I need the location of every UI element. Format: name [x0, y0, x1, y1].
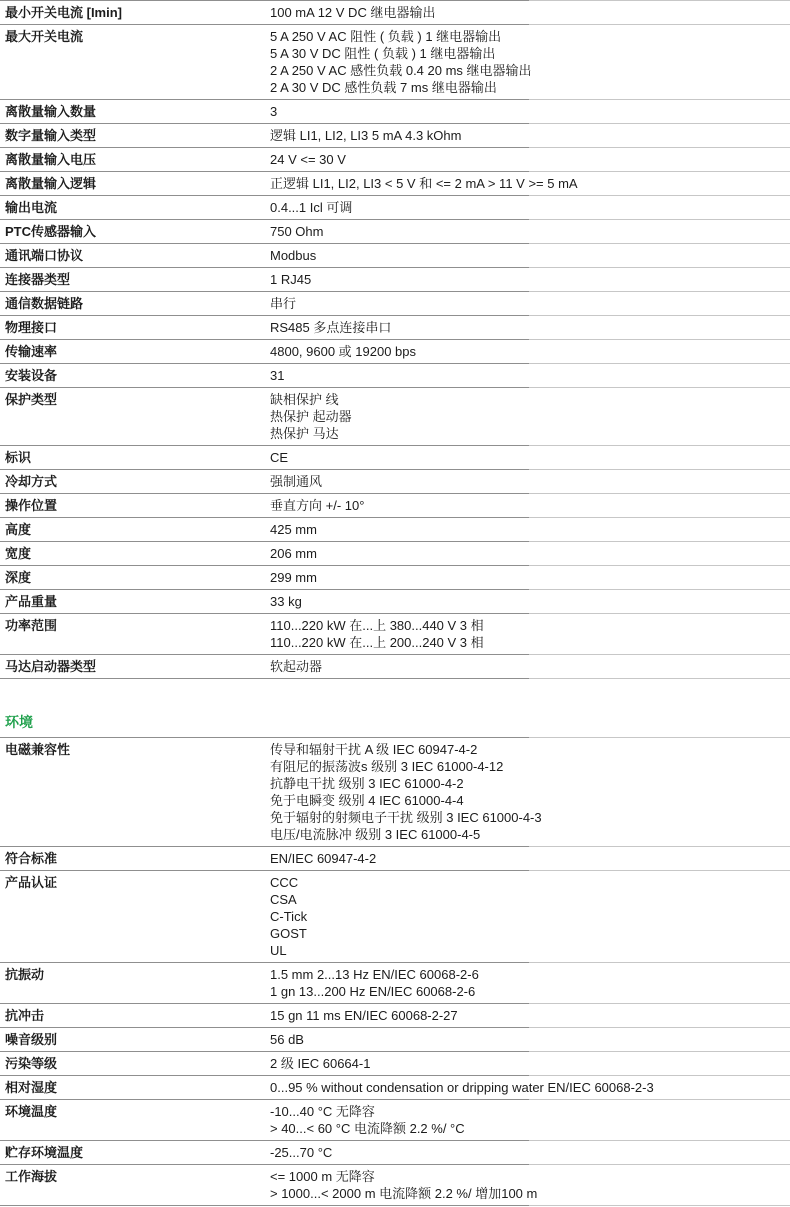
spec-value-line: 强制通风	[270, 473, 790, 490]
section-title-environment: 环境	[0, 712, 790, 737]
spec-value: Modbus	[270, 247, 790, 264]
spec-value: 正逻辑 LI1, LI2, LI3 < 5 V 和 <= 2 mA > 11 V…	[270, 175, 790, 192]
spec-label: 环境温度	[0, 1103, 270, 1120]
spec-label: 高度	[0, 521, 270, 538]
spec-value-line: 5 A 30 V DC 阻性 ( 负载 ) 1 继电器输出	[270, 45, 790, 62]
spec-label: 污染等级	[0, 1055, 270, 1072]
table-row: PTC传感器输入750 Ohm	[0, 220, 790, 243]
spec-value: 传导和辐射干扰 A 级 IEC 60947-4-2有阻尼的振荡波s 级别 3 I…	[270, 741, 790, 843]
table-row: 操作位置垂直方向 +/- 10°	[0, 494, 790, 517]
table-row: 产品重量33 kg	[0, 590, 790, 613]
table-row: 抗振动1.5 mm 2...13 Hz EN/IEC 60068-2-61 gn…	[0, 963, 790, 1003]
spec-value-line: 4800, 9600 或 19200 bps	[270, 343, 790, 360]
spec-value: 425 mm	[270, 521, 790, 538]
table-row: 功率范围110...220 kW 在...上 380...440 V 3 相11…	[0, 614, 790, 654]
spec-value-line: 1 RJ45	[270, 271, 790, 288]
spec-value-line: EN/IEC 60947-4-2	[270, 850, 790, 867]
table-row: 符合标准EN/IEC 60947-4-2	[0, 847, 790, 870]
spec-value-line: 热保护 马达	[270, 425, 790, 442]
spec-label: 离散量输入电压	[0, 151, 270, 168]
spec-value-line: 425 mm	[270, 521, 790, 538]
spec-value-line: 206 mm	[270, 545, 790, 562]
spec-value-line: 抗静电干扰 级别 3 IEC 61000-4-2	[270, 775, 790, 792]
spec-label: 产品认证	[0, 874, 270, 891]
spec-value-line: 33 kg	[270, 593, 790, 610]
spec-value-line: 2 级 IEC 60664-1	[270, 1055, 790, 1072]
spec-value-line: > 40...< 60 °C 电流降额 2.2 %/ °C	[270, 1120, 790, 1137]
table-row: 工作海拔<= 1000 m 无降容> 1000...< 2000 m 电流降额 …	[0, 1165, 790, 1205]
spec-value-line: RS485 多点连接串口	[270, 319, 790, 336]
spec-value-line: 免于辐射的射频电子干扰 级别 3 IEC 61000-4-3	[270, 809, 790, 826]
table-row: 宽度206 mm	[0, 542, 790, 565]
spec-value-line: 56 dB	[270, 1031, 790, 1048]
spec-value-line: 正逻辑 LI1, LI2, LI3 < 5 V 和 <= 2 mA > 11 V…	[270, 175, 790, 192]
table-row: 深度299 mm	[0, 566, 790, 589]
spec-label: 通讯端口协议	[0, 247, 270, 264]
spec-label: 保护类型	[0, 391, 270, 408]
spec-value-line: CCC	[270, 874, 790, 891]
spec-label: 通信数据链路	[0, 295, 270, 312]
spec-value: 100 mA 12 V DC 继电器输出	[270, 4, 790, 21]
spec-value: 4800, 9600 或 19200 bps	[270, 343, 790, 360]
spec-value-line: 软起动器	[270, 658, 790, 675]
spec-value: 56 dB	[270, 1031, 790, 1048]
spec-value-line: 传导和辐射干扰 A 级 IEC 60947-4-2	[270, 741, 790, 758]
spec-value: 3	[270, 103, 790, 120]
table-row: 输出电流0.4...1 Icl 可调	[0, 196, 790, 219]
table-row: 安装设备31	[0, 364, 790, 387]
spec-value-line: GOST	[270, 925, 790, 942]
spec-label: 离散量输入逻辑	[0, 175, 270, 192]
spec-value-line: > 1000...< 2000 m 电流降额 2.2 %/ 增加100 m	[270, 1185, 790, 1202]
spec-value-line: 电压/电流脉冲 级别 3 IEC 61000-4-5	[270, 826, 790, 843]
spec-value: 31	[270, 367, 790, 384]
row-divider	[0, 1205, 790, 1206]
spec-value: 5 A 250 V AC 阻性 ( 负载 ) 1 继电器输出5 A 30 V D…	[270, 28, 790, 96]
table-row: 环境温度-10...40 °C 无降容> 40...< 60 °C 电流降额 2…	[0, 1100, 790, 1140]
spec-label: 相对湿度	[0, 1079, 270, 1096]
spec-value-line: 热保护 起动器	[270, 408, 790, 425]
spec-label: 数字量输入类型	[0, 127, 270, 144]
spec-value-line: 有阻尼的振荡波s 级别 3 IEC 61000-4-12	[270, 758, 790, 775]
table-row: 贮存环境温度-25...70 °C	[0, 1141, 790, 1164]
spec-value: 750 Ohm	[270, 223, 790, 240]
table-row: 离散量输入电压24 V <= 30 V	[0, 148, 790, 171]
spec-value-line: Modbus	[270, 247, 790, 264]
spec-value: CE	[270, 449, 790, 466]
spec-value: 24 V <= 30 V	[270, 151, 790, 168]
table-row: 抗冲击15 gn 11 ms EN/IEC 60068-2-27	[0, 1004, 790, 1027]
spec-label: 物理接口	[0, 319, 270, 336]
spec-label: 产品重量	[0, 593, 270, 610]
spec-value: 1.5 mm 2...13 Hz EN/IEC 60068-2-61 gn 13…	[270, 966, 790, 1000]
table-row: 马达启动器类型软起动器	[0, 655, 790, 678]
spec-label: 抗振动	[0, 966, 270, 983]
spec-value-line: UL	[270, 942, 790, 959]
spec-value: -25...70 °C	[270, 1144, 790, 1161]
spec-value-line: <= 1000 m 无降容	[270, 1168, 790, 1185]
row-divider	[0, 678, 790, 679]
spec-label: 最大开关电流	[0, 28, 270, 45]
spec-value-line: 31	[270, 367, 790, 384]
spec-value-line: 5 A 250 V AC 阻性 ( 负载 ) 1 继电器输出	[270, 28, 790, 45]
table-row: 数字量输入类型逻辑 LI1, LI2, LI3 5 mA 4.3 kOhm	[0, 124, 790, 147]
spec-label: 操作位置	[0, 497, 270, 514]
spec-value-line: 15 gn 11 ms EN/IEC 60068-2-27	[270, 1007, 790, 1024]
table-row: 污染等级2 级 IEC 60664-1	[0, 1052, 790, 1075]
spec-value-line: 110...220 kW 在...上 200...240 V 3 相	[270, 634, 790, 651]
spec-value-line: 2 A 30 V DC 感性负载 7 ms 继电器输出	[270, 79, 790, 96]
spec-value-line: 垂直方向 +/- 10°	[270, 497, 790, 514]
spec-value: EN/IEC 60947-4-2	[270, 850, 790, 867]
spec-value: -10...40 °C 无降容> 40...< 60 °C 电流降额 2.2 %…	[270, 1103, 790, 1137]
spec-label: 安装设备	[0, 367, 270, 384]
spec-value: 软起动器	[270, 658, 790, 675]
spec-value: 0.4...1 Icl 可调	[270, 199, 790, 216]
spec-value: 2 级 IEC 60664-1	[270, 1055, 790, 1072]
spec-value: 1 RJ45	[270, 271, 790, 288]
spec-value-line: 100 mA 12 V DC 继电器输出	[270, 4, 790, 21]
spec-label: 工作海拔	[0, 1168, 270, 1185]
table-row: 通信数据链路串行	[0, 292, 790, 315]
spec-value-line: 缺相保护 线	[270, 391, 790, 408]
spec-value: 15 gn 11 ms EN/IEC 60068-2-27	[270, 1007, 790, 1024]
spec-label: 标识	[0, 449, 270, 466]
spec-value-line: 24 V <= 30 V	[270, 151, 790, 168]
spec-label: 最小开关电流 [Imin]	[0, 4, 270, 21]
spec-label: 宽度	[0, 545, 270, 562]
table-row: 离散量输入数量3	[0, 100, 790, 123]
table-row: 电磁兼容性传导和辐射干扰 A 级 IEC 60947-4-2有阻尼的振荡波s 级…	[0, 738, 790, 846]
spec-value: 缺相保护 线热保护 起动器热保护 马达	[270, 391, 790, 442]
spec-label: 马达启动器类型	[0, 658, 270, 675]
table-row: 传输速率4800, 9600 或 19200 bps	[0, 340, 790, 363]
spec-value-line: C-Tick	[270, 908, 790, 925]
table-row: 最小开关电流 [Imin]100 mA 12 V DC 继电器输出	[0, 1, 790, 24]
spec-value: <= 1000 m 无降容> 1000...< 2000 m 电流降额 2.2 …	[270, 1168, 790, 1202]
table-row: 最大开关电流5 A 250 V AC 阻性 ( 负载 ) 1 继电器输出5 A …	[0, 25, 790, 99]
spec-value-line: 串行	[270, 295, 790, 312]
spec-label: 电磁兼容性	[0, 741, 270, 758]
spec-label: 输出电流	[0, 199, 270, 216]
spec-value-line: 0...95 % without condensation or drippin…	[270, 1079, 790, 1096]
spec-value: 串行	[270, 295, 790, 312]
spec-value-line: 1 gn 13...200 Hz EN/IEC 60068-2-6	[270, 983, 790, 1000]
spec-label: 贮存环境温度	[0, 1144, 270, 1161]
spec-value-line: 0.4...1 Icl 可调	[270, 199, 790, 216]
spec-value-line: 1.5 mm 2...13 Hz EN/IEC 60068-2-6	[270, 966, 790, 983]
table-row: 产品认证CCCCSAC-TickGOSTUL	[0, 871, 790, 962]
spec-value-line: CE	[270, 449, 790, 466]
spec-value-line: -25...70 °C	[270, 1144, 790, 1161]
spec-value-line: 免于电瞬变 级别 4 IEC 61000-4-4	[270, 792, 790, 809]
spec-value: CCCCSAC-TickGOSTUL	[270, 874, 790, 959]
spec-label: 连接器类型	[0, 271, 270, 288]
spec-label: 传输速率	[0, 343, 270, 360]
table-row: 物理接口RS485 多点连接串口	[0, 316, 790, 339]
spec-value: 0...95 % without condensation or drippin…	[270, 1079, 790, 1096]
spec-label: 功率范围	[0, 617, 270, 634]
spec-label: 冷却方式	[0, 473, 270, 490]
spec-value: 299 mm	[270, 569, 790, 586]
spec-value-line: 299 mm	[270, 569, 790, 586]
spec-value-line: 110...220 kW 在...上 380...440 V 3 相	[270, 617, 790, 634]
spec-value-line: 750 Ohm	[270, 223, 790, 240]
spec-value: 206 mm	[270, 545, 790, 562]
spec-value: 强制通风	[270, 473, 790, 490]
spec-label: 抗冲击	[0, 1007, 270, 1024]
spec-label: 深度	[0, 569, 270, 586]
table-row: 连接器类型1 RJ45	[0, 268, 790, 291]
table-row: 保护类型缺相保护 线热保护 起动器热保护 马达	[0, 388, 790, 445]
spec-value-line: 3	[270, 103, 790, 120]
spec-value: RS485 多点连接串口	[270, 319, 790, 336]
spec-value-line: 2 A 250 V AC 感性负载 0.4 20 ms 继电器输出	[270, 62, 790, 79]
table-row: 相对湿度0...95 % without condensation or dri…	[0, 1076, 790, 1099]
spec-table-environment: 电磁兼容性传导和辐射干扰 A 级 IEC 60947-4-2有阻尼的振荡波s 级…	[0, 737, 790, 1206]
spec-value: 垂直方向 +/- 10°	[270, 497, 790, 514]
spec-label: PTC传感器输入	[0, 223, 270, 240]
table-row: 高度425 mm	[0, 518, 790, 541]
spec-label: 符合标准	[0, 850, 270, 867]
table-row: 噪音级别56 dB	[0, 1028, 790, 1051]
spec-value: 逻辑 LI1, LI2, LI3 5 mA 4.3 kOhm	[270, 127, 790, 144]
table-row: 冷却方式强制通风	[0, 470, 790, 493]
spec-value: 110...220 kW 在...上 380...440 V 3 相110...…	[270, 617, 790, 651]
spec-value-line: 逻辑 LI1, LI2, LI3 5 mA 4.3 kOhm	[270, 127, 790, 144]
table-row: 离散量输入逻辑正逻辑 LI1, LI2, LI3 < 5 V 和 <= 2 mA…	[0, 172, 790, 195]
datasheet-page: 最小开关电流 [Imin]100 mA 12 V DC 继电器输出最大开关电流5…	[0, 0, 790, 1206]
spec-label: 离散量输入数量	[0, 103, 270, 120]
table-row: 通讯端口协议Modbus	[0, 244, 790, 267]
spec-value-line: CSA	[270, 891, 790, 908]
spec-label: 噪音级别	[0, 1031, 270, 1048]
spec-value: 33 kg	[270, 593, 790, 610]
spec-value-line: -10...40 °C 无降容	[270, 1103, 790, 1120]
table-row: 标识CE	[0, 446, 790, 469]
spec-table-general: 最小开关电流 [Imin]100 mA 12 V DC 继电器输出最大开关电流5…	[0, 0, 790, 679]
